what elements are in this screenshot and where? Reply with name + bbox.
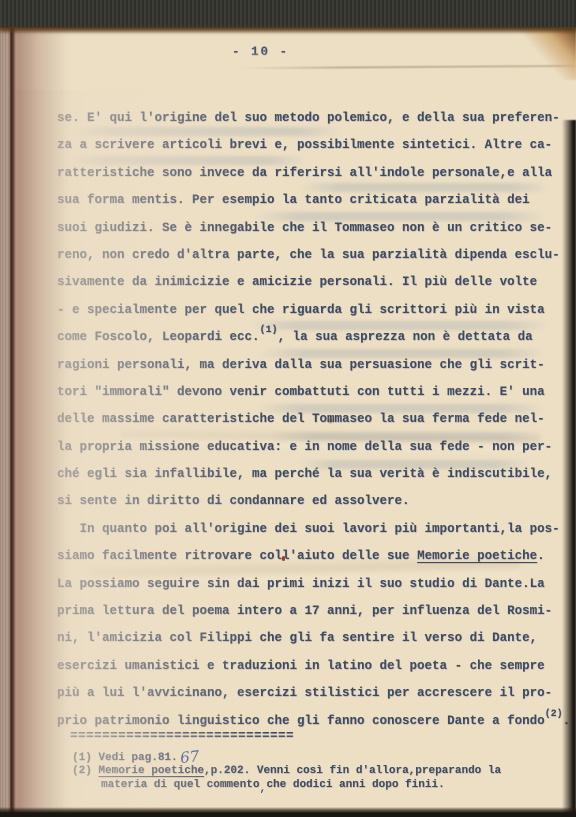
text-line: reno, non credo d'altra parte, che la su… [57,242,559,269]
text-line: - e specialmente per quel che riguarda g… [57,297,559,324]
book-fore-edge-pages [0,22,10,817]
handwritten-comma: , [259,783,266,797]
handwritten-annotation: 67 [179,750,199,765]
text-line: si sente in diritto di condannare ed ass… [57,488,559,515]
text-line: ragioni personali, ma deriva dalla sua p… [57,352,559,379]
footnote-1: (1) Vedi pag.81.67 [72,749,559,766]
footnote-text: che dodici anni dopo finii. [266,779,444,791]
footnote-2: (2) Memorie poetiche,p.202. Venni così f… [72,765,559,779]
text-line: ni, l'amicizia col Filippi che gli fa se… [57,625,559,652]
typed-text-block: se. E' qui l'origine del suo metodo pole… [57,105,559,792]
text-line-with-footnote-ref: come Foscolo, Leopardi ecc.(1), la sua a… [57,324,559,351]
scan-edge-top [0,0,576,28]
text-line: se. E' qui l'origine del suo metodo pole… [57,105,559,132]
footnote-text: ,p.202. Venni così fin d'allora,preparan… [204,765,501,777]
footnotes-block: (1) Vedi pag.81.67 (2) Memorie poetiche,… [72,749,559,793]
text-segment: . [537,549,545,563]
scan-edge-bottom [0,807,576,817]
text-line: ché egli sia infallibile, ma perché la s… [57,461,559,488]
text-line: più a lui l'avvicinano, esercizi stilist… [57,680,559,707]
paragraph-start-line: In quanto poi all'origine dei suoi lavor… [57,516,559,543]
page-number: - 10 - [232,45,289,59]
text-segment: come Foscolo, Leopardi ecc. [57,330,260,344]
footnote-2-continuation: materia di quel commento,che dodici anni… [101,779,559,793]
text-line: ratteristiche sono invece da riferirsi a… [57,160,559,187]
footnote-text: materia di quel commento [101,779,259,791]
text-line: za a scrivere articoli brevi e, possibil… [57,132,559,159]
text-line: sivamente da inimicizie e amicizie perso… [57,269,559,296]
text-line-with-title: siamo facilmente ritrovare coll'aiuto de… [57,543,559,570]
footnote-marker: (2) [72,765,98,777]
underlined-work-title: Memorie poetiche [98,765,204,777]
scan-edge-top-shadow [0,27,576,34]
text-segment: siamo facilmente ritrovare coll'aiuto de… [57,549,417,563]
underlined-work-title: Memorie poetiche [417,549,537,563]
text-segment: , la sua asprezza non è dettata da [278,330,533,344]
binding-gutter-shadow [14,28,69,817]
footnote-marker: (1) [72,752,98,764]
binding-gutter-line [9,24,16,817]
text-line: prima lettura del poema intero a 17 anni… [57,598,559,625]
text-segment: prio patrimonio linguistico che gli fann… [57,714,545,728]
footnote-text: Vedi pag.81. [98,752,177,764]
text-line: La possiamo seguire sin dai primi inizi … [57,571,559,598]
scan-edge-right [562,120,576,817]
text-line: tori "immorali" devono venir combattuti … [57,379,559,406]
footnote-reference-2: (2) [545,709,563,720]
text-line: sua forma mentis. Per esempio la tanto c… [57,187,559,214]
text-line: esercizi umanistici e traduzioni in lati… [57,653,559,680]
text-line: delle massime caratteristiche del Tommas… [57,406,559,433]
text-line: suoi giudizi. Se è innegabile che il Tom… [57,215,559,242]
page-fold-corner [518,28,576,80]
footnote-reference-1: (1) [260,325,278,336]
text-line: la propria missione educativa: e in nome… [57,434,559,461]
